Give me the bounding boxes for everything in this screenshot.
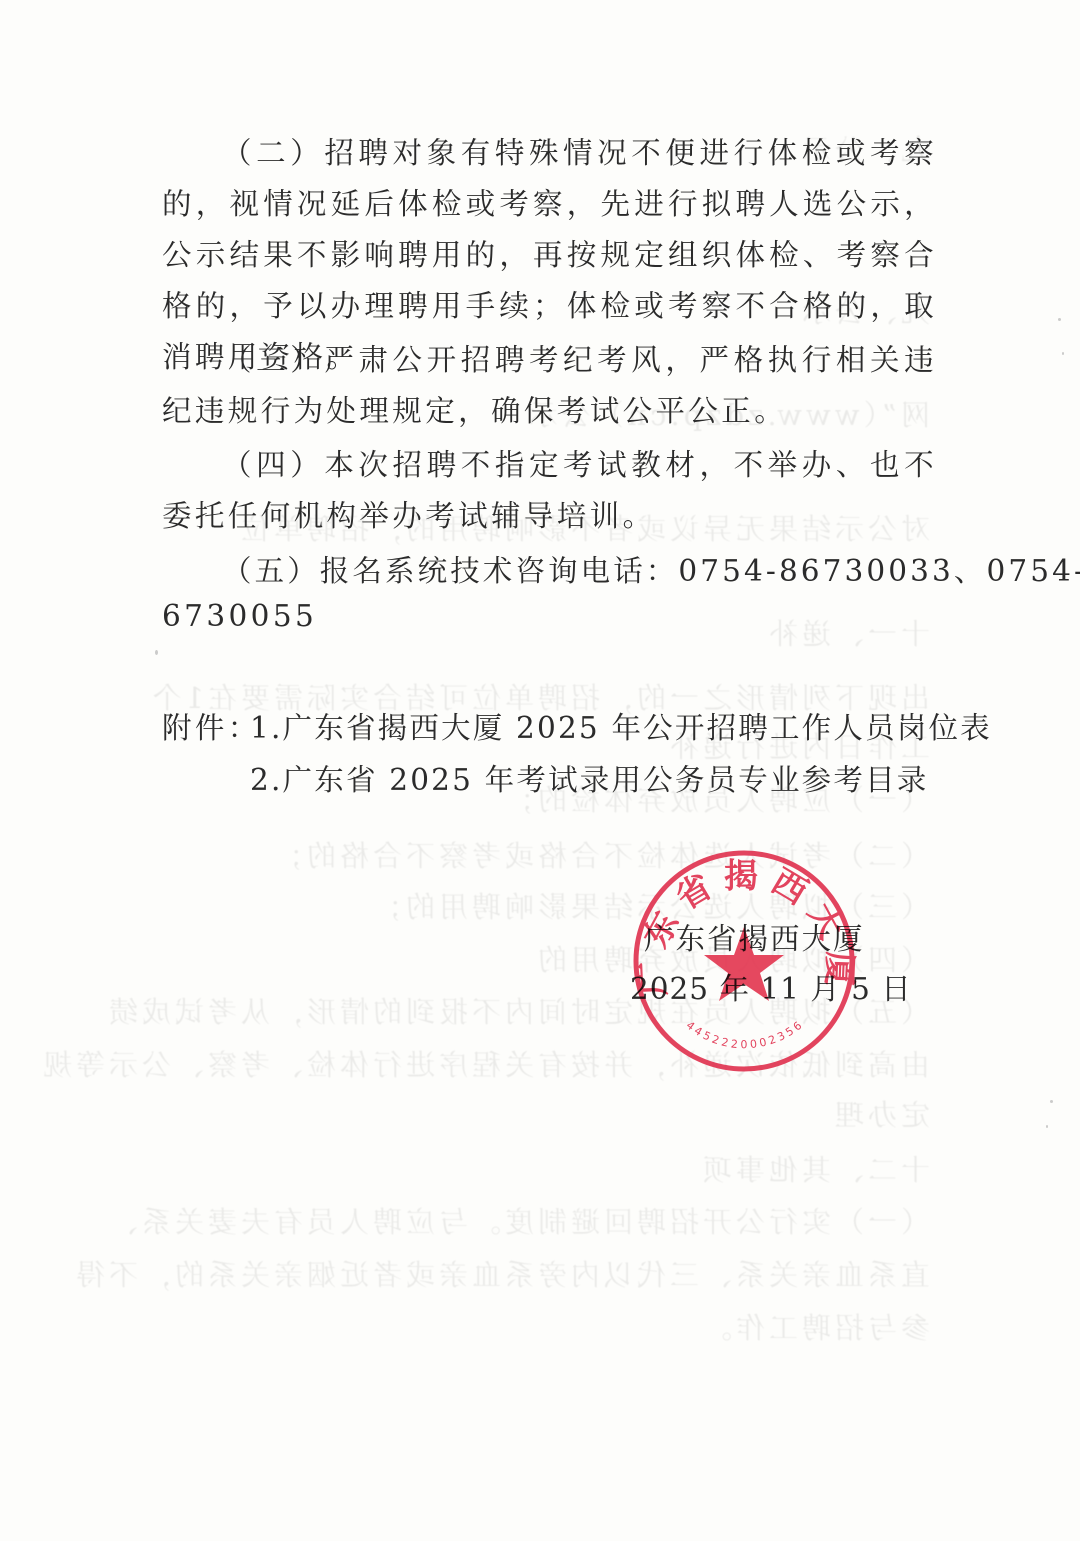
show-through-line: （一）实行公开招聘回避制度。与应聘人员有夫妻关系、: [160, 1200, 930, 1241]
paragraph-item-4: （四）本次招聘不指定考试教材，不举办、也不委托任何机构举办考试辅导培训。: [162, 440, 937, 542]
scan-speck: [1046, 1125, 1048, 1128]
attachments-label: 附件：: [162, 705, 261, 747]
scan-speck: [1050, 1100, 1053, 1103]
scan-speck: [1062, 352, 1064, 355]
paragraph-item-5-line-1: （五）报名系统技术咨询电话：0754-86730033、0754-8: [222, 548, 1080, 590]
attachment-item-1: 1.广东省揭西大厦 2025 年公开招聘工作人员岗位表: [250, 705, 992, 747]
attachment-item-2: 2.广东省 2025 年考试录用公务员专业参考目录: [250, 757, 928, 799]
show-through-line: 直系血亲关系、三代以内旁系血亲或者近姻亲关系的，不得: [160, 1253, 930, 1294]
paragraph-item-3: （三）严肃公开招聘考纪考风，严格执行相关违纪违规行为处理规定，确保考试公平公正。: [162, 335, 937, 437]
show-through-line: 定办理: [160, 1093, 930, 1134]
signing-date: 2025 年 11 月 5 日: [630, 966, 912, 1008]
signing-organization: 广东省揭西大厦: [644, 916, 865, 958]
svg-text:4452220002356: 4452220002356: [684, 1017, 807, 1051]
scan-speck: [155, 650, 158, 655]
show-through-line: 十二、其他事项: [160, 1148, 930, 1189]
paragraph-item-5-line-2: 6730055: [162, 599, 317, 633]
document-page: 九、公示 九、公示 网”（www.zdzp.cn）公示 对公示结果无异议或者不影…: [0, 0, 1080, 1541]
official-seal-icon: 广东省揭西大厦 4452220002356: [628, 845, 860, 1077]
show-through-line: 参与招聘工作。: [160, 1306, 930, 1347]
scan-speck: [1058, 318, 1061, 321]
